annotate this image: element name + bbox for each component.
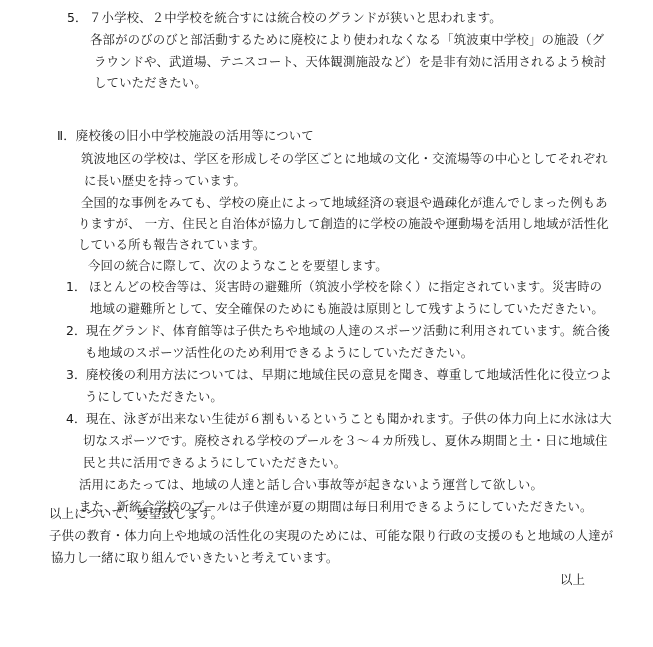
item-5-line: していただきたい。 <box>94 75 207 90</box>
request-3-line: 廃校後の利用方法については、早期に地域住民の意見を聞き、尊重して地域活性化に役立… <box>86 367 612 382</box>
closing-line: 協力し一緒に取り組んでいきたいと考えています。 <box>51 550 338 565</box>
request-4-line: 活用にあたっては、地域の人達と話し合い事故等が起きないよう運営して欲しい。 <box>79 477 543 492</box>
request-2-line: 現在グランド、体育館等は子供たちや地域の人達のスポーツ活動に利用されています。統… <box>86 323 610 338</box>
item-5-number: 5． <box>67 10 88 25</box>
request-4-line: 切なスポーツです。廃校される学校のプールを３～４カ所残し、夏休み期間と土・日に地… <box>83 433 608 448</box>
item-5-line: ７小学校、２中学校を統合すには統合校のグランドが狭いと思われます。 <box>89 10 502 25</box>
intro-line: 全国的な事例をみても、学校の廃止によって地域経済の衰退や過疎化が進んでしまった例… <box>81 195 608 210</box>
request-1-line: ほとんどの校舎等は、災害時の避難所（筑波小学校を除く）に指定されています。災害時… <box>89 279 602 294</box>
request-4-line: 現在、泳ぎが出来ない生徒が６割もいるということも聞かれます。子供の体力向上に水泳… <box>86 411 612 426</box>
closing-line: 以上について、要望致します。 <box>49 506 223 521</box>
request-3-number: 3． <box>66 367 87 382</box>
request-4-number: 4． <box>66 411 87 426</box>
intro-line: に長い歴史を持っています。 <box>84 173 246 188</box>
intro-line: している所も報告されています。 <box>78 237 265 252</box>
item-5-line: ラウンドや、武道場、テニスコート、天体観測施設など）を是非有効に活用されるよう検… <box>94 54 606 69</box>
intro-line: 今回の統合に際して、次のようなことを要望します。 <box>88 258 388 273</box>
request-2-number: 2． <box>66 323 87 338</box>
item-5-line: 各部がのびのびと部活動するために廃校により使われなくなる「筑波東中学校」の施設（… <box>90 32 604 47</box>
request-2-line: も地域のスポーツ活性化のため利用できるようにしていただきたい。 <box>85 345 473 360</box>
request-1-number: 1． <box>66 279 87 294</box>
request-3-line: うにしていただきたい。 <box>85 389 223 404</box>
intro-line: りますが、 一方、住民と自治体が協力して創造的に学校の施設や運動場を活用し地域が… <box>78 216 609 231</box>
section-heading: Ⅱ．廃校後の旧小中学校施設の活用等について <box>57 128 314 143</box>
end-mark: 以上 <box>560 572 585 587</box>
closing-line: 子供の教育・体力向上や地域の活性化の実現のためには、可能な限り行政の支援のもと地… <box>49 528 613 543</box>
request-1-line: 地域の避難所として、安全確保のためにも施設は原則として残すようにしていただきたい… <box>90 301 604 316</box>
intro-line: 筑波地区の学校は、学区を形成しその学区ごとに地域の文化・交流場等の中心としてそれ… <box>81 151 608 166</box>
request-4-line: 民と共に活用できるようにしていただきたい。 <box>83 455 346 470</box>
